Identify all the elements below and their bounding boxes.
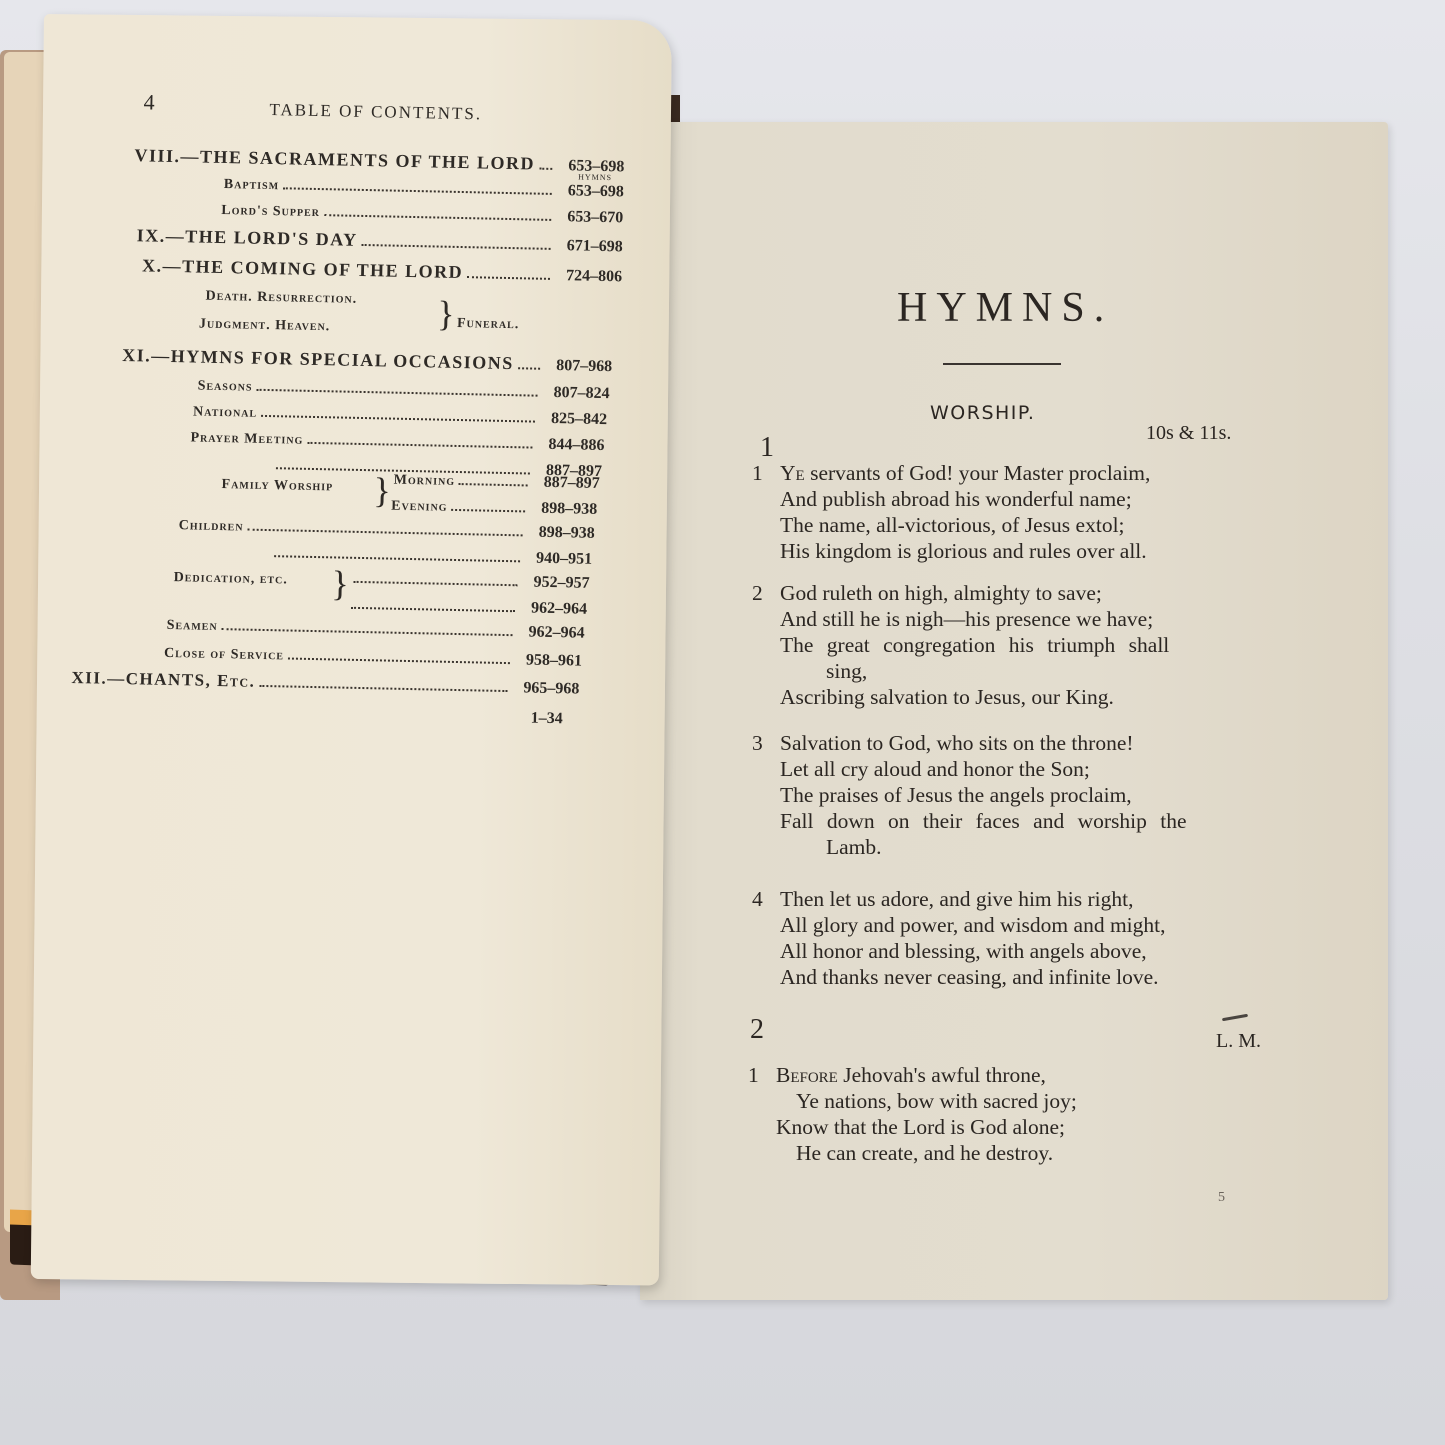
leader-dots	[354, 581, 518, 586]
verse: 1 Before Jehovah's awful throne, Ye nati…	[748, 1062, 1077, 1166]
hymn-number: 2	[750, 1014, 764, 1046]
verse: 1 Ye servants of God! your Master procla…	[752, 460, 1150, 564]
page-heading: HYMNS.	[897, 284, 1113, 332]
verse: 3 Salvation to God, who sits on the thro…	[752, 730, 1187, 860]
leader-dots	[288, 657, 510, 664]
leader-dots	[539, 168, 552, 170]
leader-dots	[259, 685, 507, 692]
photo-scene: 4 TABLE OF CONTENTS. HYMNS VIII.—THE SAC…	[0, 0, 1445, 1445]
section-heading: WORSHIP.	[930, 402, 1035, 424]
leader-dots	[283, 187, 552, 195]
leader-dots	[362, 244, 551, 250]
brace-icon: }	[373, 472, 391, 508]
family-worship-label: Family Worship	[221, 477, 333, 495]
dedication-label: Dedication, etc.	[173, 570, 288, 588]
brace-icon: }	[437, 296, 455, 332]
leader-dots	[256, 389, 537, 397]
leader-dots	[274, 555, 520, 562]
verse: 4 Then let us adore, and give him his ri…	[752, 886, 1166, 990]
leader-dots	[518, 367, 540, 369]
leader-dots	[261, 415, 535, 423]
leader-dots	[247, 529, 522, 537]
leader-dots	[451, 509, 525, 513]
divider-rule	[943, 363, 1061, 365]
hymn-meter: 10s & 11s.	[1146, 422, 1231, 445]
leader-dots	[307, 442, 532, 449]
toc-entry: 1–34	[497, 709, 577, 729]
verse: 2 God ruleth on high, almighty to save; …	[752, 580, 1169, 710]
leader-dots	[467, 276, 550, 280]
leader-dots	[222, 628, 513, 636]
leader-dots	[459, 483, 528, 486]
page-number: 4	[143, 89, 155, 115]
funeral-topics-row1: Death. Resurrection.	[205, 289, 357, 308]
page-number: 5	[1218, 1190, 1225, 1206]
funeral-label: Funeral.	[457, 316, 520, 333]
hymn-meter: L. M.	[1216, 1030, 1261, 1053]
leader-dots	[324, 214, 551, 221]
leader-dots	[351, 607, 515, 612]
funeral-topics-row2: Judgment. Heaven.	[199, 317, 331, 336]
